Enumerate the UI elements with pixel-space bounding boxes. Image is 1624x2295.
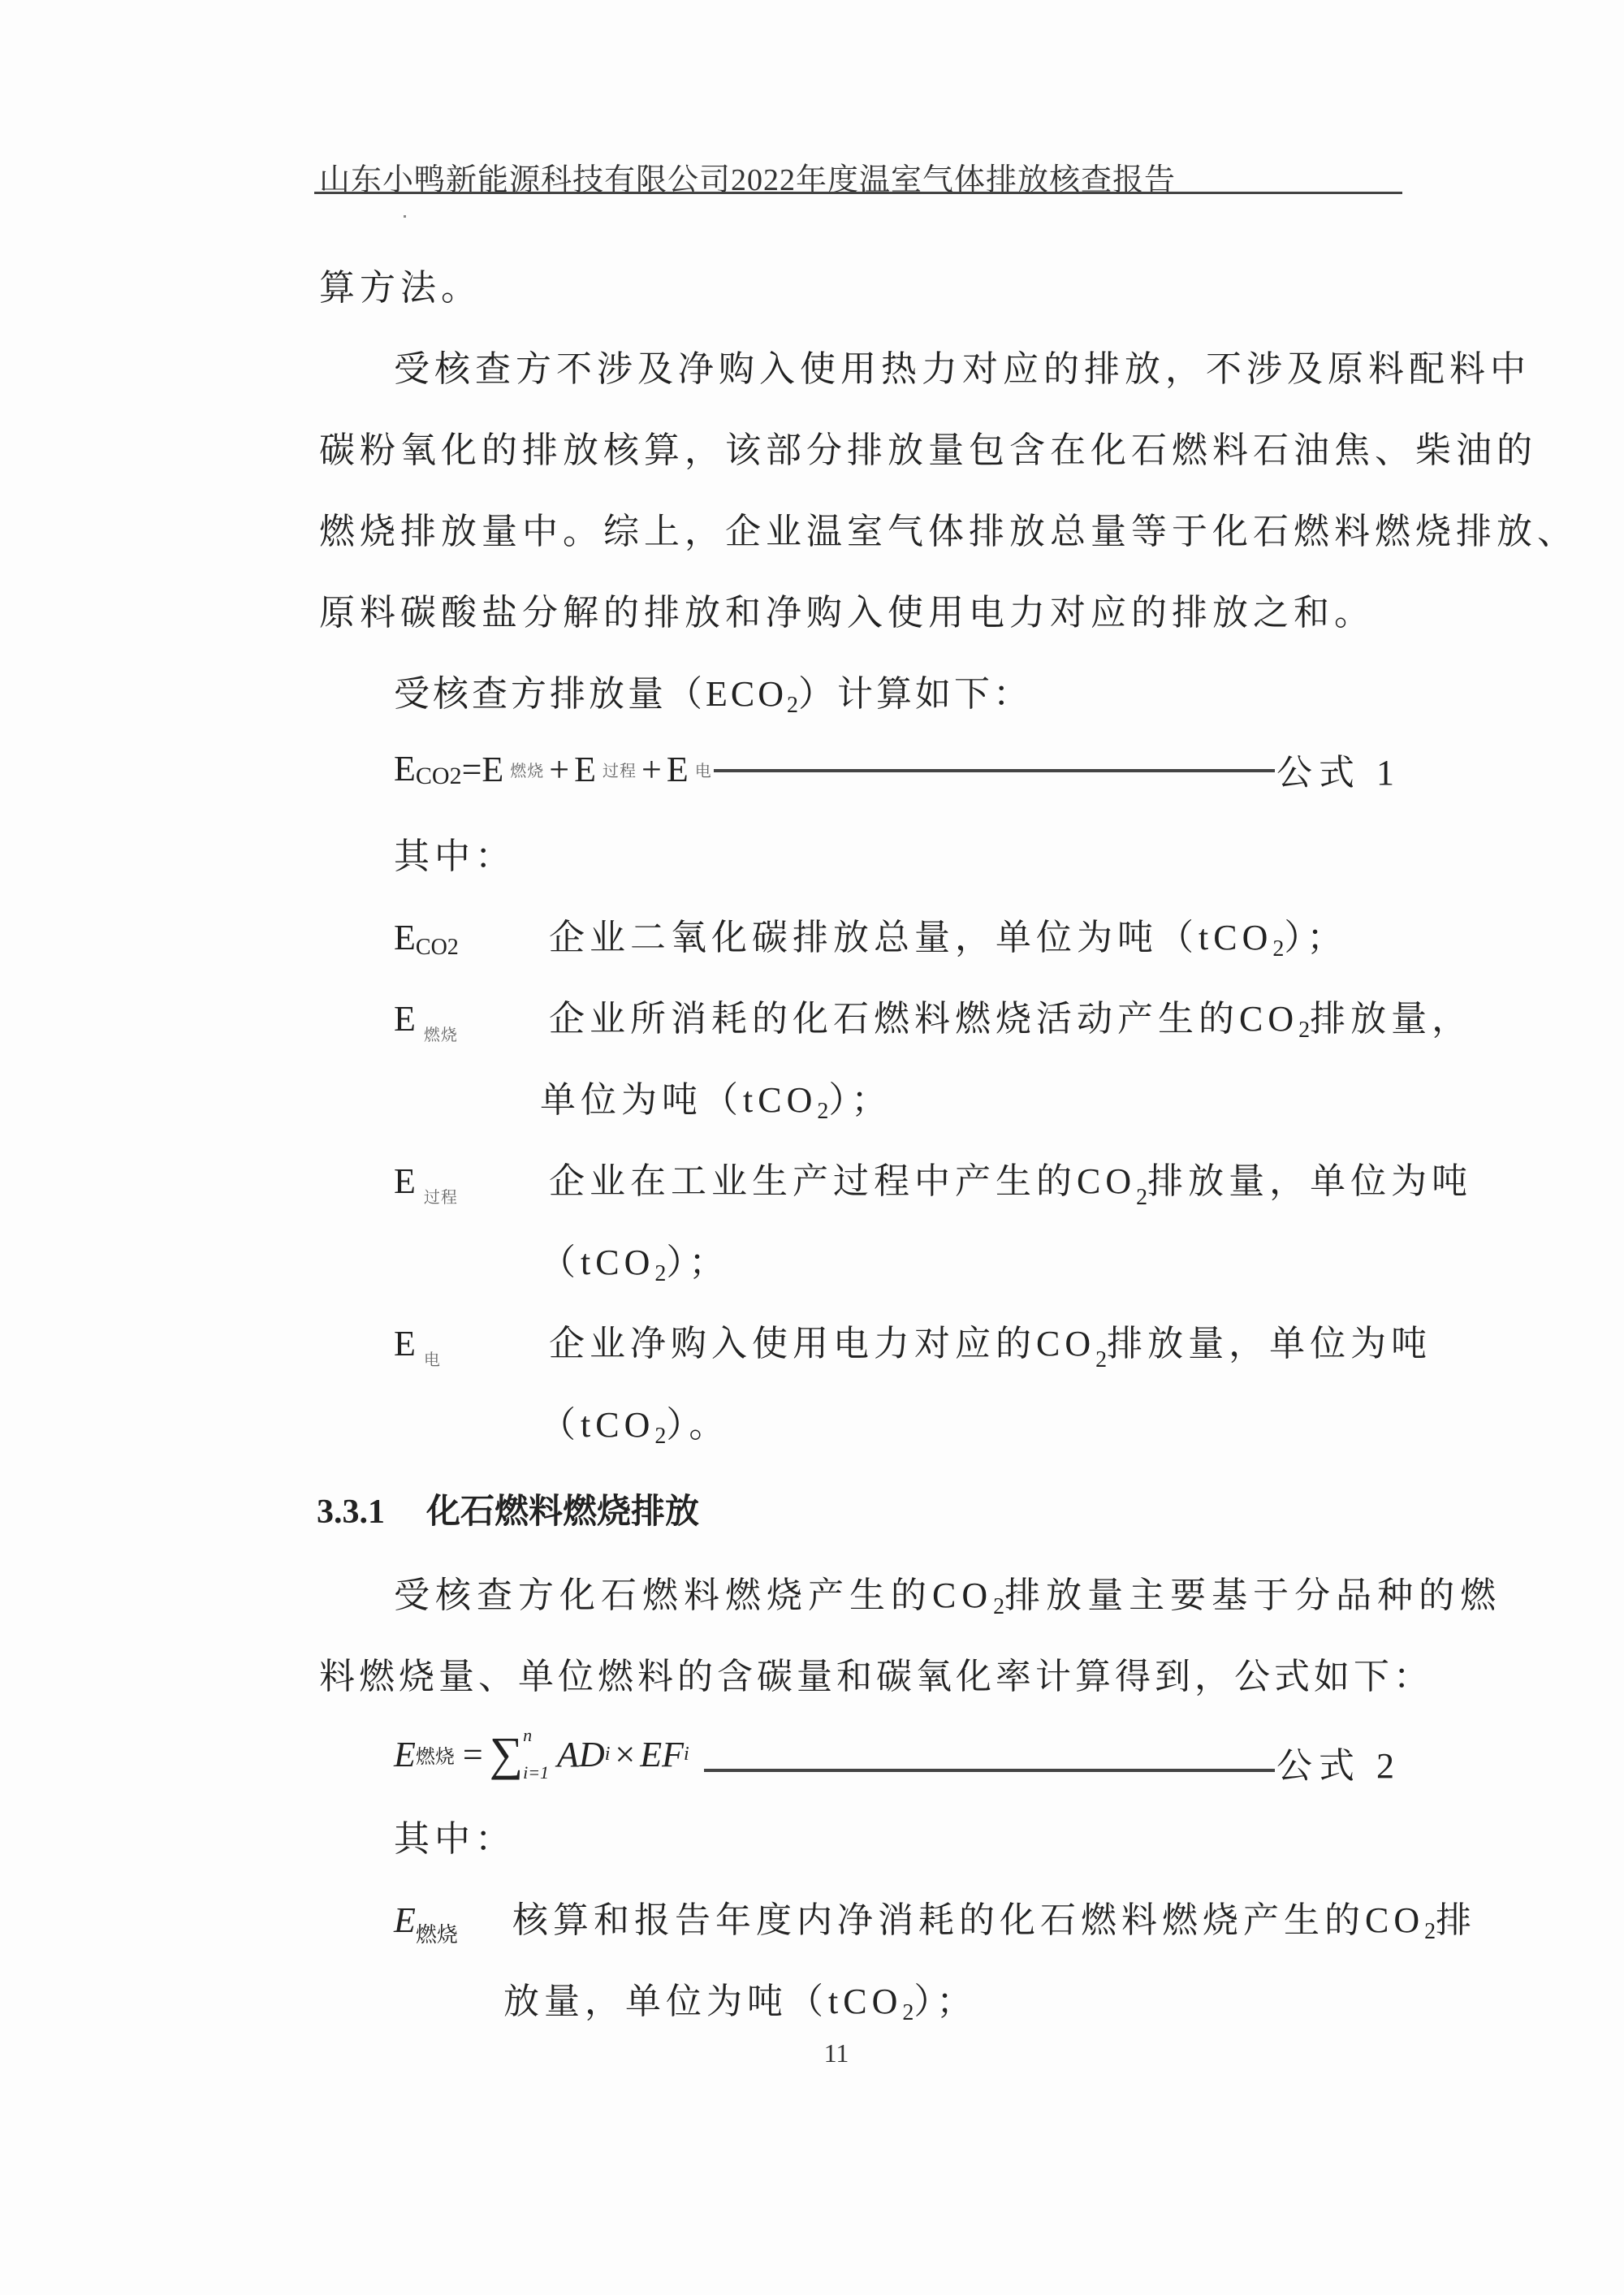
- symbol-subscript: 燃烧: [416, 1740, 455, 1769]
- definition-symbol: E燃烧: [394, 1900, 503, 1948]
- symbol-subscript: CO2: [416, 763, 462, 789]
- symbol-subscript: CO2: [416, 935, 459, 960]
- symbol-subscript: 燃烧: [416, 1923, 458, 1947]
- symbol-e: E: [482, 749, 503, 790]
- formula-1-lhs: ECO2: [394, 748, 462, 790]
- section-number: 3.3.1: [317, 1493, 426, 1532]
- definition-text: 企业所消耗的化石燃料燃烧活动产生的CO2排放量，: [549, 999, 1472, 1039]
- text-subscript: 2: [1298, 1018, 1310, 1043]
- term-subscript: i: [684, 1744, 689, 1766]
- definition-symbol: ECO2: [394, 917, 540, 961]
- text-subscript: 2: [993, 1594, 1004, 1619]
- formula-1: ECO2 = E燃烧 + E过程 + E电 公式 1: [394, 743, 1401, 795]
- paragraph-line: 碳粉氧化的排放核算，该部分排放量包含在化石燃料石油焦、柴油的: [319, 421, 1401, 473]
- term-ad: AD: [557, 1734, 605, 1775]
- times-sign: ×: [615, 1734, 635, 1775]
- text-part: ）；: [666, 1243, 729, 1282]
- sigma-icon: ∑: [490, 1731, 523, 1778]
- definition-continuation: 放量，单位为吨（tCO2）；: [503, 1972, 977, 2026]
- page-number: 11: [812, 2038, 861, 2068]
- formula-intro: 受核查方排放量（ECO2）计算如下：: [394, 664, 1032, 719]
- text-part: 企业在工业生产过程中产生的CO: [549, 1161, 1136, 1201]
- text-subscript: 2: [1272, 936, 1284, 962]
- symbol-e: E: [394, 749, 416, 789]
- term-ef: EF: [640, 1734, 684, 1775]
- definition-text: 放量，单位为吨（tCO2）；: [503, 1982, 977, 2021]
- symbol-e: E: [667, 749, 689, 790]
- document-page: 山东小鸭新能源科技有限公司2022年度温室气体排放核查报告 算方法。 受核查方不…: [0, 0, 1624, 2295]
- formula-label: 公式 1: [1276, 743, 1401, 795]
- equals-sign: =: [462, 749, 482, 790]
- definition-row: E燃烧 核算和报告年度内净消耗的化石燃料燃烧产生的CO2排: [394, 1891, 1476, 1948]
- symbol-e: E: [394, 918, 416, 957]
- symbol-e: E: [394, 1900, 416, 1940]
- leader-line: [704, 1769, 1275, 1772]
- paragraph-line: 受核查方不涉及净购入使用热力对应的排放，不涉及原料配料中: [394, 339, 1401, 391]
- text-part: 排放量，单位为吨: [1107, 1324, 1432, 1364]
- paragraph-continuation: 算方法。: [319, 258, 482, 310]
- where-label: 其中：: [394, 1809, 516, 1861]
- text-subscript: 2: [1136, 1185, 1147, 1210]
- formula-intro-subscript: 2: [787, 693, 798, 718]
- text-part: （tCO: [540, 1405, 654, 1445]
- scan-speck: [404, 215, 406, 218]
- text-part: 排放量，单位为吨: [1147, 1161, 1472, 1201]
- definition-continuation: （tCO2）；: [540, 1233, 729, 1287]
- definition-text: 企业在工业生产过程中产生的CO2排放量，单位为吨: [549, 1161, 1472, 1201]
- sigma-limits: n i=1: [523, 1727, 549, 1782]
- definition-text: 企业净购入使用电力对应的CO2排放量，单位为吨: [549, 1324, 1432, 1364]
- text-subscript: 2: [1095, 1347, 1107, 1372]
- text-part: ）。: [666, 1405, 729, 1445]
- paragraph-line: 受核查方化石燃料燃烧产生的CO2排放量主要基于分品种的燃: [394, 1566, 1501, 1620]
- definition-row: E过程 企业在工业生产过程中产生的CO2排放量，单位为吨: [394, 1152, 1472, 1211]
- plus-sign: +: [549, 749, 569, 790]
- sigma-lower: i=1: [523, 1764, 549, 1782]
- section-title: 化石燃料燃烧排放: [426, 1493, 699, 1531]
- definition-text: 企业二氧化碳排放总量，单位为吨（tCO2）；: [549, 918, 1347, 957]
- symbol-subscript: 燃烧: [510, 758, 544, 781]
- text-part: 企业净购入使用电力对应的CO: [549, 1324, 1095, 1364]
- definition-row: ECO2 企业二氧化碳排放总量，单位为吨（tCO2）；: [394, 908, 1347, 962]
- definition-text: （tCO2）；: [540, 1243, 729, 1282]
- symbol-e: E: [394, 999, 416, 1039]
- symbol-subscript: 过程: [424, 1189, 458, 1207]
- definition-continuation: 单位为吨（tCO2）；: [540, 1070, 892, 1125]
- symbol-subscript: 燃烧: [424, 1026, 458, 1044]
- definition-row: E燃烧 企业所消耗的化石燃料燃烧活动产生的CO2排放量，: [394, 989, 1472, 1045]
- text-part: ）；: [828, 1080, 892, 1120]
- text-subscript: 2: [902, 2000, 914, 2025]
- definition-symbol: E燃烧: [394, 998, 540, 1045]
- leader-line: [714, 769, 1275, 772]
- definition-symbol: E过程: [394, 1160, 540, 1208]
- text-part: 受核查方化石燃料燃烧产生的CO: [394, 1575, 993, 1615]
- definition-text: （tCO2）。: [540, 1405, 729, 1445]
- text-subscript: 2: [817, 1099, 828, 1124]
- text-part: 企业所消耗的化石燃料燃烧活动产生的CO: [549, 999, 1298, 1039]
- formula-intro-prefix: 受核查方排放量（ECO: [394, 674, 787, 714]
- text-part: 放量，单位为吨（tCO: [503, 1982, 902, 2021]
- definition-symbol: E电: [394, 1323, 540, 1370]
- definition-text: 核算和报告年度内净消耗的化石燃料燃烧产生的CO2排: [512, 1900, 1476, 1940]
- symbol-e: E: [394, 1161, 416, 1201]
- text-part: 单位为吨（tCO: [540, 1080, 817, 1120]
- text-part: 核算和报告年度内净消耗的化石燃料燃烧产生的CO: [512, 1900, 1424, 1940]
- text-part: （tCO: [540, 1243, 654, 1282]
- sigma-upper: n: [523, 1727, 549, 1744]
- definition-text: 单位为吨（tCO2）；: [540, 1080, 892, 1120]
- term-subscript: i: [605, 1744, 611, 1766]
- symbol-e: E: [394, 1324, 416, 1364]
- header-divider: [314, 192, 1402, 194]
- text-part: 排放量主要基于分品种的燃: [1004, 1575, 1501, 1615]
- formula-2: E燃烧 = ∑ n i=1 ADi × EFi 公式 2: [394, 1720, 1401, 1788]
- paragraph-line: 燃烧排放量中。综上，企业温室气体排放总量等于化石燃料燃烧排放、: [319, 502, 1407, 554]
- section-heading: 3.3.1化石燃料燃烧排放: [317, 1485, 699, 1533]
- symbol-e: E: [394, 1734, 416, 1775]
- text-subscript: 2: [1424, 1919, 1436, 1944]
- equals-sign: =: [463, 1734, 483, 1775]
- definition-continuation: （tCO2）。: [540, 1395, 729, 1450]
- paragraph-line: 料燃烧量、单位燃料的含碳量和碳氧化率计算得到，公式如下：: [319, 1647, 1433, 1699]
- text-part: 排放量，: [1310, 999, 1472, 1039]
- text-subscript: 2: [654, 1261, 666, 1286]
- symbol-subscript: 电: [695, 758, 712, 781]
- text-subscript: 2: [654, 1424, 666, 1449]
- plus-sign: +: [641, 749, 662, 790]
- definition-row: E电 企业净购入使用电力对应的CO2排放量，单位为吨: [394, 1314, 1432, 1373]
- formula-intro-suffix: ）计算如下：: [798, 674, 1032, 714]
- formula-label: 公式 2: [1276, 1736, 1401, 1788]
- symbol-e: E: [574, 749, 596, 790]
- symbol-subscript: 过程: [603, 758, 637, 781]
- paragraph-line: 原料碳酸盐分解的排放和净购入使用电力对应的排放之和。: [319, 583, 1375, 635]
- text-part: 排: [1436, 1900, 1476, 1940]
- text-part: 企业二氧化碳排放总量，单位为吨（tCO: [549, 918, 1272, 957]
- text-part: ）；: [1284, 918, 1347, 957]
- where-label: 其中：: [394, 827, 516, 879]
- symbol-subscript: 电: [424, 1351, 441, 1369]
- text-part: ）；: [914, 1982, 977, 2021]
